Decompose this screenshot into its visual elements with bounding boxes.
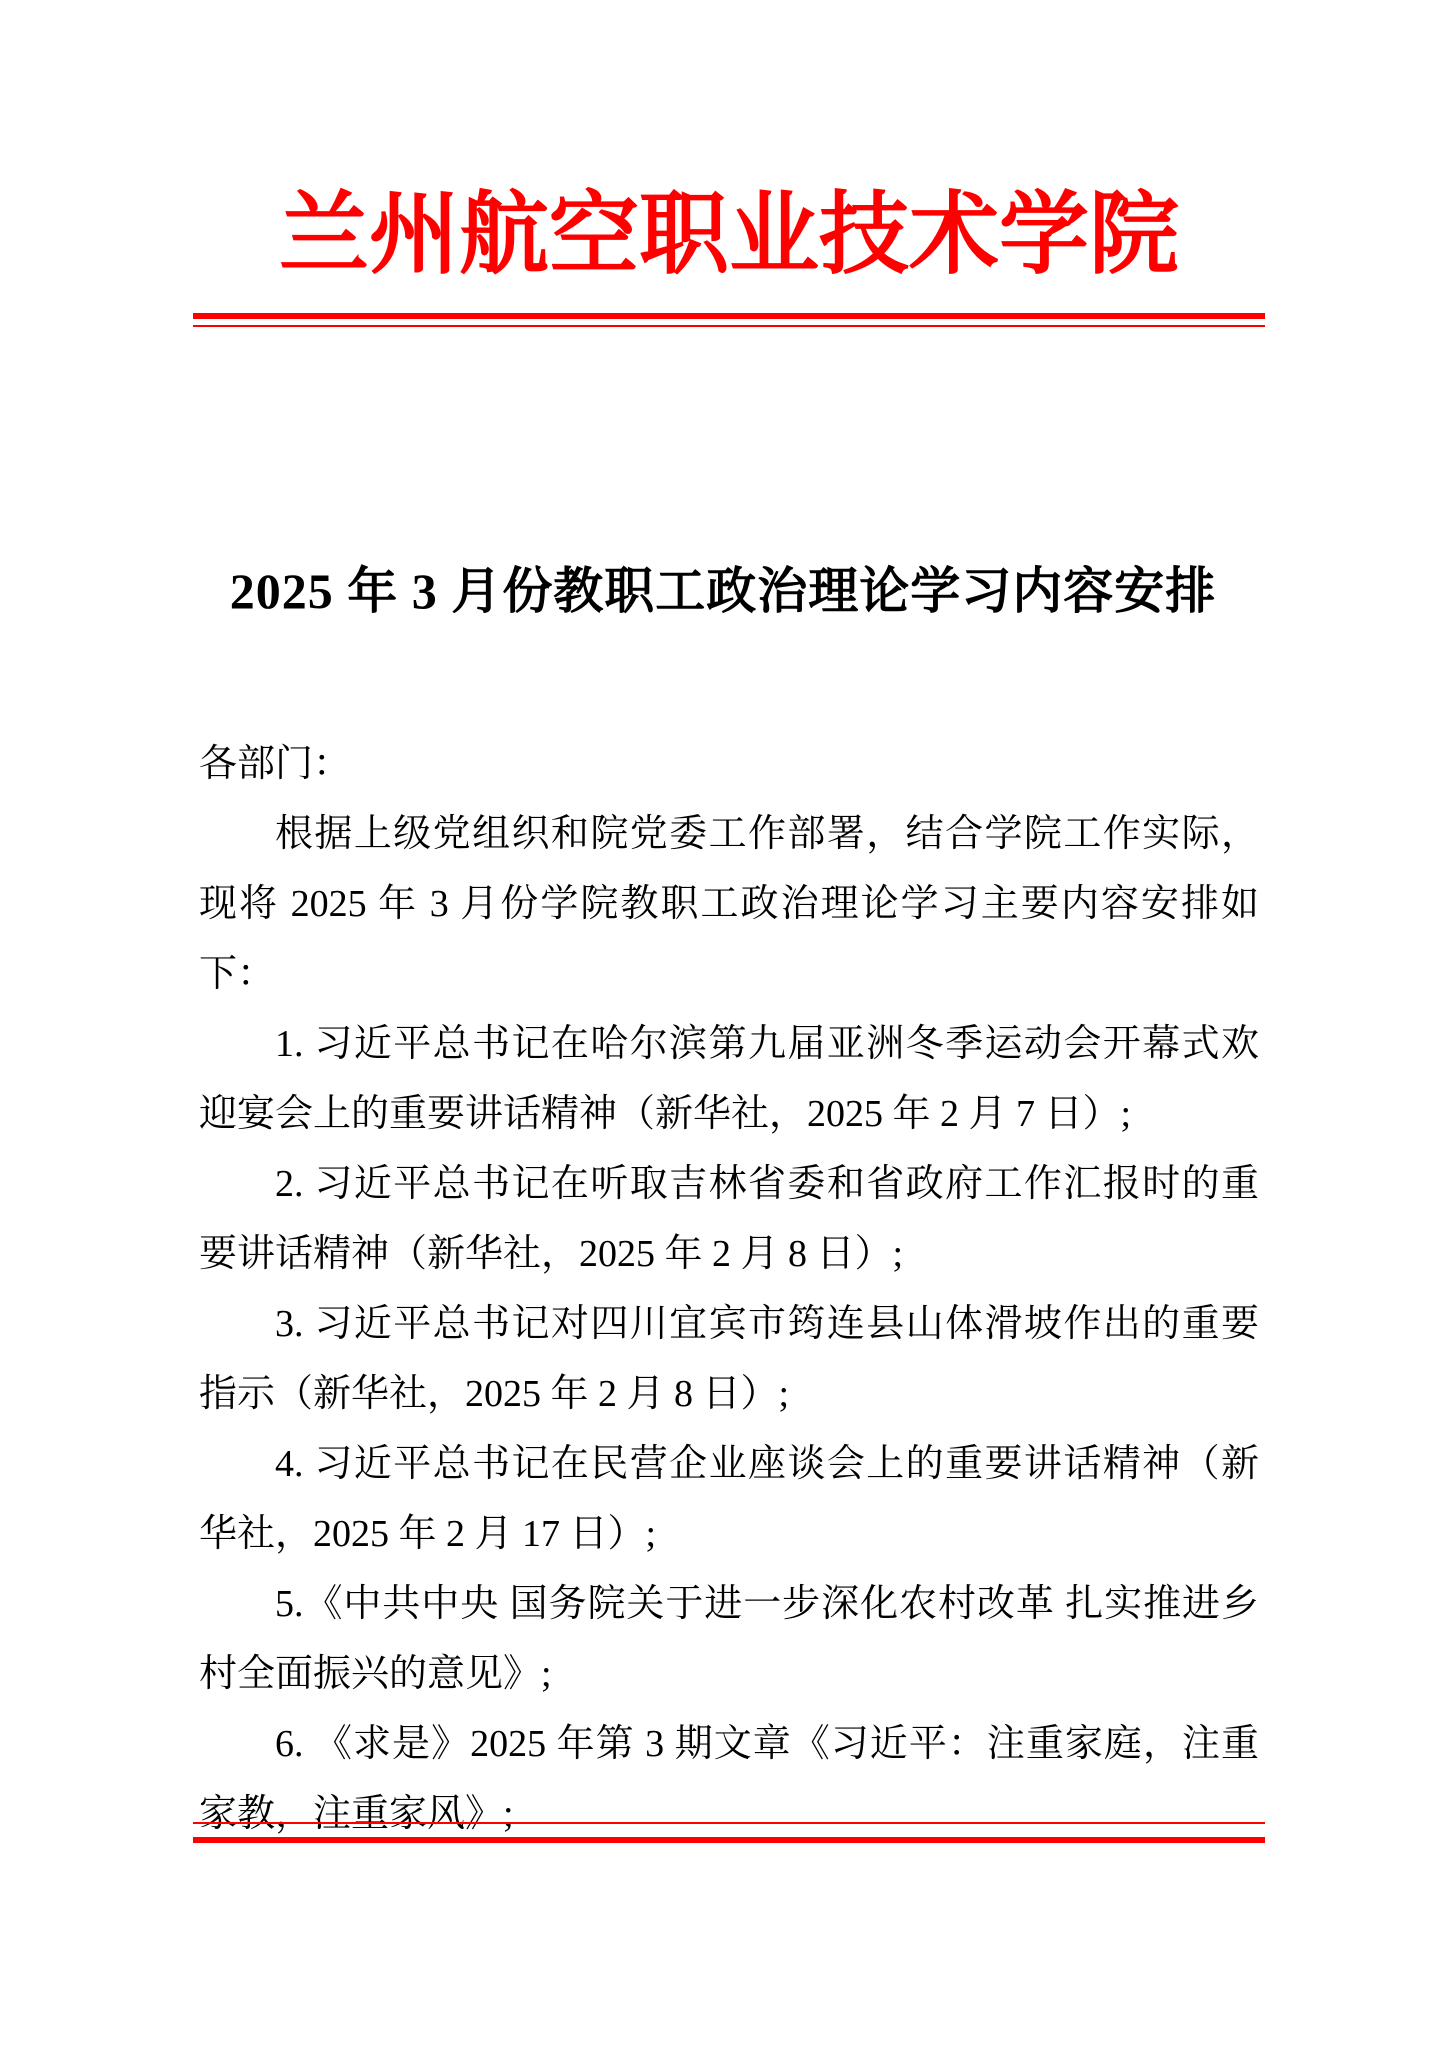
letterhead-rule-thin — [193, 325, 1265, 327]
footer-rule-thin — [193, 1822, 1265, 1824]
document-page: 兰州航空职业技术学院 2025 年 3 月份教职工政治理论学习内容安排 各部门：… — [0, 0, 1446, 2049]
study-item-5: 5.《中共中央 国务院关于进一步深化农村改革 扎实推进乡村全面振兴的意见》; — [199, 1569, 1259, 1709]
document-title: 2025 年 3 月份教职工政治理论学习内容安排 — [150, 560, 1296, 622]
document-body: 各部门： 根据上级党组织和院党委工作部署，结合学院工作实际，现将 2025 年 … — [199, 729, 1259, 1849]
letterhead-rule-thick — [193, 313, 1265, 319]
study-item-3: 3. 习近平总书记对四川宜宾市筠连县山体滑坡作出的重要指示（新华社，2025 年… — [199, 1289, 1259, 1429]
salutation: 各部门： — [199, 729, 1259, 799]
intro-paragraph: 根据上级党组织和院党委工作部署，结合学院工作实际，现将 2025 年 3 月份学… — [199, 799, 1259, 1009]
study-item-6: 6. 《求是》2025 年第 3 期文章《习近平：注重家庭，注重家教，注重家风》… — [199, 1709, 1259, 1849]
study-item-4: 4. 习近平总书记在民营企业座谈会上的重要讲话精神（新华社，2025 年 2 月… — [199, 1429, 1259, 1569]
study-item-1: 1. 习近平总书记在哈尔滨第九届亚洲冬季运动会开幕式欢迎宴会上的重要讲话精神（新… — [199, 1009, 1259, 1149]
letterhead-org-name: 兰州航空职业技术学院 — [193, 186, 1265, 286]
study-item-2: 2. 习近平总书记在听取吉林省委和省政府工作汇报时的重要讲话精神（新华社，202… — [199, 1149, 1259, 1289]
footer-rule-thick — [193, 1837, 1265, 1843]
